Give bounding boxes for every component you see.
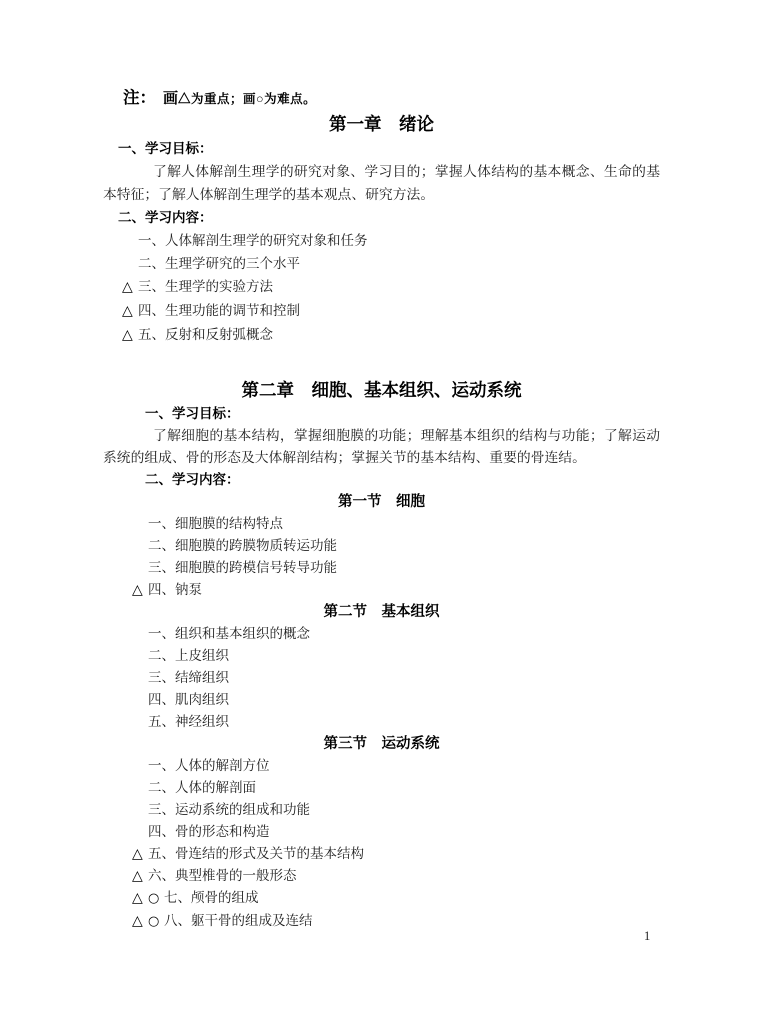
section-items: 一、人体的解剖方位 二、人体的解剖面 三、运动系统的组成和功能 四、骨的形态和构… (103, 755, 660, 933)
circle-marker-icon: ○ (148, 888, 164, 910)
legend-note-emphasis: 画 (163, 90, 178, 107)
section: 第三节 运动系统 一、人体的解剖方位 二、人体的解剖面 三、运动系统的组成和功能… (103, 733, 660, 933)
outline-item-text: 六、典型椎骨的一般形态 (148, 868, 297, 883)
outline-item: 二、生理学研究的三个水平 (103, 252, 660, 275)
triangle-marker-icon: △ (132, 865, 148, 887)
outline-item-text: 四、生理功能的调节和控制 (138, 303, 300, 318)
section: 第二节 基本组织 一、组织和基本组织的概念 二、上皮组织 三、结缔组织 四、肌肉… (103, 601, 660, 733)
outline-item-text: 二、上皮组织 (148, 648, 229, 663)
goal-header: 一、学习目标： (103, 137, 660, 160)
outline-item: △五、骨连结的形式及关节的基本结构 (103, 843, 660, 865)
outline-item-text: 五、反射和反射弧概念 (138, 327, 273, 342)
chapter: 第一章 绪论 一、学习目标： 了解人体解剖生理学的研究对象、学习目的；掌握人体结… (103, 111, 660, 347)
outline-item-text: 二、人体的解剖面 (148, 780, 256, 795)
outline-item-text: 三、结缔组织 (148, 670, 229, 685)
document-page: 注：画△为重点；画○为难点。 第一章 绪论 一、学习目标： 了解人体解剖生理学的… (0, 0, 768, 1024)
chapter-title: 第二章 细胞、基本组织、运动系统 (103, 377, 660, 403)
triangle-marker-icon: △ (122, 276, 138, 299)
triangle-marker-icon: △ (122, 300, 138, 323)
triangle-marker-icon: △ (122, 324, 138, 347)
outline-item: 四、肌肉组织 (103, 689, 660, 711)
page-number: 1 (644, 929, 650, 944)
priority-markers: △ (122, 275, 138, 299)
outline-item: 四、骨的形态和构造 (103, 821, 660, 843)
outline-item-text: 四、钠泵 (148, 582, 202, 597)
outline-item: △五、反射和反射弧概念 (103, 323, 660, 347)
content-header: 二、学习内容： (103, 469, 660, 491)
outline-item-text: 一、组织和基本组织的概念 (148, 626, 310, 641)
outline-item: 一、组织和基本组织的概念 (103, 623, 660, 645)
section-items: 一、细胞膜的结构特点 二、细胞膜的跨膜物质转运功能 三、细胞膜的跨模信号转导功能… (103, 513, 660, 601)
outline-item-text: 五、神经组织 (148, 714, 229, 729)
priority-markers: △ (122, 323, 138, 347)
triangle-marker-icon: △ (132, 910, 148, 932)
chapter-title: 第一章 绪论 (103, 111, 660, 137)
outline-item: △○八、躯干骨的组成及连结 (103, 910, 660, 933)
outline-item-text: 五、骨连结的形式及关节的基本结构 (148, 846, 364, 861)
content-header: 二、学习内容： (103, 206, 660, 229)
outline-item-text: 二、生理学研究的三个水平 (138, 256, 300, 271)
outline-item: 一、细胞膜的结构特点 (103, 513, 660, 535)
outline-item-text: 三、运动系统的组成和功能 (148, 802, 310, 817)
priority-markers: △○ (132, 910, 164, 933)
outline-item-text: 一、细胞膜的结构特点 (148, 516, 283, 531)
outline-item-text: 八、躯干骨的组成及连结 (164, 913, 313, 928)
chapters: 第一章 绪论 一、学习目标： 了解人体解剖生理学的研究对象、学习目的；掌握人体结… (103, 111, 660, 933)
priority-markers: △ (132, 579, 148, 601)
priority-markers: △ (132, 865, 148, 887)
outline-item-text: 三、细胞膜的跨模信号转导功能 (148, 560, 337, 575)
legend-note: 注：画△为重点；画○为难点。 (103, 86, 660, 111)
outline-item-text: 二、细胞膜的跨膜物质转运功能 (148, 538, 337, 553)
triangle-marker-icon: △ (132, 887, 148, 909)
outline-item: △三、生理学的实验方法 (103, 275, 660, 299)
priority-markers: △ (122, 299, 138, 323)
outline-item: △○七、颅骨的组成 (103, 887, 660, 910)
document-content: 注：画△为重点；画○为难点。 第一章 绪论 一、学习目标： 了解人体解剖生理学的… (103, 86, 660, 933)
goal-text: 了解人体解剖生理学的研究对象、学习目的；掌握人体结构的基本概念、生命的基本特征；… (103, 160, 660, 206)
outline-item: 三、结缔组织 (103, 667, 660, 689)
outline-item: 三、运动系统的组成和功能 (103, 799, 660, 821)
chapter-items: 一、人体解剖生理学的研究对象和任务 二、生理学研究的三个水平 △三、生理学的实验… (103, 229, 660, 347)
section-title: 第一节 细胞 (103, 491, 660, 513)
legend-note-label: 注： (123, 89, 156, 107)
legend-note-text: △为重点；画○为难点。 (178, 92, 316, 106)
outline-item-text: 四、肌肉组织 (148, 692, 229, 707)
triangle-marker-icon: △ (132, 843, 148, 865)
chapter: 第二章 细胞、基本组织、运动系统 一、学习目标： 了解细胞的基本结构，掌握细胞膜… (103, 377, 660, 933)
priority-markers: △○ (132, 887, 164, 910)
outline-item: △四、钠泵 (103, 579, 660, 601)
outline-item: 二、人体的解剖面 (103, 777, 660, 799)
goal-text: 了解细胞的基本结构，掌握细胞膜的功能；理解基本组织的结构与功能；了解运动系统的组… (103, 425, 660, 469)
outline-item: 一、人体解剖生理学的研究对象和任务 (103, 229, 660, 252)
outline-item-text: 四、骨的形态和构造 (148, 824, 270, 839)
circle-marker-icon: ○ (148, 911, 164, 933)
section-items: 一、组织和基本组织的概念 二、上皮组织 三、结缔组织 四、肌肉组织 五、神经组织 (103, 623, 660, 733)
outline-item: 二、细胞膜的跨膜物质转运功能 (103, 535, 660, 557)
outline-item-text: 一、人体解剖生理学的研究对象和任务 (138, 233, 368, 248)
outline-item: 三、细胞膜的跨模信号转导功能 (103, 557, 660, 579)
triangle-marker-icon: △ (132, 579, 148, 601)
outline-item: 一、人体的解剖方位 (103, 755, 660, 777)
outline-item-text: 一、人体的解剖方位 (148, 758, 270, 773)
outline-item: 五、神经组织 (103, 711, 660, 733)
section: 第一节 细胞 一、细胞膜的结构特点 二、细胞膜的跨膜物质转运功能 三、细胞膜的跨… (103, 491, 660, 601)
outline-item-text: 三、生理学的实验方法 (138, 279, 273, 294)
sections: 第一节 细胞 一、细胞膜的结构特点 二、细胞膜的跨膜物质转运功能 三、细胞膜的跨… (103, 491, 660, 933)
goal-header: 一、学习目标： (103, 403, 660, 425)
outline-item: △六、典型椎骨的一般形态 (103, 865, 660, 887)
outline-item-text: 七、颅骨的组成 (164, 890, 259, 905)
section-title: 第三节 运动系统 (103, 733, 660, 755)
section-title: 第二节 基本组织 (103, 601, 660, 623)
outline-item: 二、上皮组织 (103, 645, 660, 667)
priority-markers: △ (132, 843, 148, 865)
outline-item: △四、生理功能的调节和控制 (103, 299, 660, 323)
